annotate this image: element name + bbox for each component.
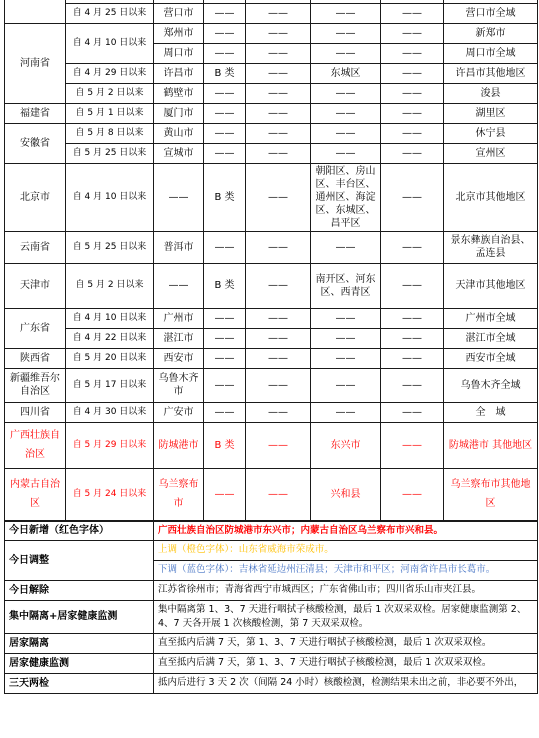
- risk-table-cell: 北京市其他地区: [444, 163, 538, 231]
- risk-table-cell: 自 5 月 2 日以来: [66, 263, 154, 308]
- risk-table-cell: 许昌市: [154, 63, 204, 83]
- info-cell: 集中隔离第 1、3、7 天进行咽拭子核酸检测，最后 1 次双采双检。居家健康监测…: [154, 600, 538, 633]
- risk-table-cell: ——: [381, 43, 444, 63]
- info-table-body: 今日新增（红色字体）广西壮族自治区防城港市东兴市；内蒙古自治区乌兰察布市兴和县。…: [5, 521, 538, 693]
- risk-table-cell: ——: [381, 368, 444, 402]
- risk-table-row: 北京市自 4 月 10 日以来——B 类——朝阳区、房山区、丰台区、通州区、海淀…: [5, 163, 538, 231]
- risk-table-cell: ——: [311, 402, 381, 422]
- risk-table-cell: ——: [246, 368, 311, 402]
- risk-table-row: 新疆维吾尔自治区自 5 月 17 日以来乌鲁木齐市————————乌鲁木齐全域: [5, 368, 538, 402]
- risk-table-cell: ——: [154, 163, 204, 231]
- risk-table-cell: ——: [246, 143, 311, 163]
- risk-table-cell: ——: [311, 231, 381, 263]
- risk-table-cell: 防城港市: [154, 422, 204, 468]
- risk-table-cell: ——: [246, 308, 311, 328]
- risk-table-cell: 广州市: [154, 308, 204, 328]
- risk-table-row: 内蒙古自治区自 5 月 24 日以来乌兰察布市————兴和县——乌兰察布市其他地…: [5, 468, 538, 520]
- risk-table-cell: B 类: [204, 422, 246, 468]
- risk-table-row: 陕西省自 5 月 20 日以来西安市————————西安市全域: [5, 348, 538, 368]
- risk-table-cell: 自 4 月 10 日以来: [66, 163, 154, 231]
- risk-table-cell: ——: [204, 308, 246, 328]
- risk-table-cell: ——: [246, 328, 311, 348]
- risk-table-cell: ——: [381, 63, 444, 83]
- risk-table-cell: ——: [381, 103, 444, 123]
- risk-table-cell: ——: [246, 163, 311, 231]
- risk-table-cell: 安徽省: [5, 123, 66, 163]
- risk-table-cell: 防城港市 其他地区: [444, 422, 538, 468]
- risk-table-cell: ——: [311, 308, 381, 328]
- risk-table-cell: 新郑市: [444, 23, 538, 43]
- risk-table-cell: 西安市: [154, 348, 204, 368]
- risk-table-cell: ——: [246, 103, 311, 123]
- risk-table-cell: ——: [311, 143, 381, 163]
- risk-table-cell: B 类: [204, 263, 246, 308]
- risk-table-cell: 周口市全域: [444, 43, 538, 63]
- risk-table-row: 自 4 月 29 日以来许昌市B 类——东城区——许昌市其他地区: [5, 63, 538, 83]
- risk-table-cell: ——: [204, 43, 246, 63]
- risk-table-cell: 南开区、河东区、西青区: [311, 263, 381, 308]
- risk-table-cell: ——: [381, 422, 444, 468]
- risk-table-row: 自 5 月 25 日以来宣城市————————宣州区: [5, 143, 538, 163]
- risk-table-cell: ——: [311, 368, 381, 402]
- risk-table-cell: 自 4 月 25 日以来: [66, 3, 154, 23]
- risk-table-cell: ——: [381, 263, 444, 308]
- info-cell: 上调（橙色字体）：山东省威海市荣成市。: [154, 540, 538, 560]
- info-cell: 居家健康监测: [5, 653, 154, 673]
- info-cell: 广西壮族自治区防城港市东兴市；内蒙古自治区乌兰察布市兴和县。: [154, 521, 538, 540]
- risk-table-cell: 东城区: [311, 63, 381, 83]
- info-cell: 直至抵内后满 7 天，第 1、3、7 天进行咽拭子核酸检测，最后 1 次双采双检…: [154, 633, 538, 653]
- risk-table-cell: 云南省: [5, 231, 66, 263]
- risk-table-cell: ——: [204, 231, 246, 263]
- risk-table-cell: ——: [246, 402, 311, 422]
- risk-table-row: 自 4 月 22 日以来湛江市————————湛江市全域: [5, 328, 538, 348]
- risk-table-cell: ——: [311, 23, 381, 43]
- risk-table-cell: ——: [204, 103, 246, 123]
- risk-table-cell: 宣州区: [444, 143, 538, 163]
- risk-table-cell: 自 4 月 29 日以来: [66, 63, 154, 83]
- risk-table-cell: 景东彝族自治县、孟连县: [444, 231, 538, 263]
- risk-table-cell: ——: [311, 328, 381, 348]
- risk-table-cell: 陕西省: [5, 348, 66, 368]
- risk-table-cell: 西安市全域: [444, 348, 538, 368]
- risk-table-cell: 乌兰察布市其他地区: [444, 468, 538, 520]
- risk-table-cell: 自 5 月 25 日以来: [66, 143, 154, 163]
- risk-table-cell: ——: [204, 348, 246, 368]
- risk-table-cell: 自 5 月 1 日以来: [66, 103, 154, 123]
- info-cell: 下调（蓝色字体）：吉林省延边州汪清县；天津市和平区；河南省许昌市长葛市。: [154, 560, 538, 580]
- risk-table-row: 云南省自 5 月 25 日以来普洱市————————景东彝族自治县、孟连县: [5, 231, 538, 263]
- info-row: 居家隔离直至抵内后满 7 天，第 1、3、7 天进行咽拭子核酸检测，最后 1 次…: [5, 633, 538, 653]
- risk-table-cell: 鹤壁市: [154, 83, 204, 103]
- info-row: 集中隔离+居家健康监测集中隔离第 1、3、7 天进行咽拭子核酸检测，最后 1 次…: [5, 600, 538, 633]
- risk-table-cell: B 类: [204, 63, 246, 83]
- info-row: 今日新增（红色字体）广西壮族自治区防城港市东兴市；内蒙古自治区乌兰察布市兴和县。: [5, 521, 538, 540]
- risk-table-cell: ——: [381, 328, 444, 348]
- risk-table-cell: 湖里区: [444, 103, 538, 123]
- risk-table-cell: 四川省: [5, 402, 66, 422]
- risk-table-row: 广东省自 4 月 10 日以来广州市————————广州市全域: [5, 308, 538, 328]
- risk-table-cell: 自 4 月 22 日以来: [66, 328, 154, 348]
- risk-table-cell: 湛江市全域: [444, 328, 538, 348]
- risk-table-cell: ——: [311, 3, 381, 23]
- risk-table-cell: ——: [246, 23, 311, 43]
- risk-table-cell: ——: [311, 123, 381, 143]
- risk-table-cell: 北京市: [5, 163, 66, 231]
- risk-table-row: 四川省自 4 月 30 日以来广安市————————全 域: [5, 402, 538, 422]
- risk-table-cell: 朝阳区、房山区、丰台区、通州区、海淀区、东城区、昌平区: [311, 163, 381, 231]
- info-cell: 今日新增（红色字体）: [5, 521, 154, 540]
- info-row: 三天两检抵内后进行 3 天 2 次（间隔 24 小时）核酸检测，检测结果未出之前…: [5, 673, 538, 693]
- risk-table-cell: 自 5 月 20 日以来: [66, 348, 154, 368]
- risk-table-cell: 福建省: [5, 103, 66, 123]
- info-cell: 今日解除: [5, 580, 154, 600]
- risk-table-cell: 东兴市: [311, 422, 381, 468]
- info-cell: 三天两检: [5, 673, 154, 693]
- risk-table-cell: 乌兰察布市: [154, 468, 204, 520]
- risk-table-cell: ——: [246, 263, 311, 308]
- risk-table-cell: ——: [246, 63, 311, 83]
- risk-table-cell: 兴和县: [311, 468, 381, 520]
- risk-table-cell: ——: [246, 348, 311, 368]
- document-page: 自 4 月 25 日以来营口市————————营口市全域河南省自 4 月 10 …: [0, 0, 539, 738]
- risk-table-cell: ——: [204, 123, 246, 143]
- risk-table-cell: ——: [381, 231, 444, 263]
- risk-table-cell: ——: [311, 43, 381, 63]
- risk-table-cell: 郑州市: [154, 23, 204, 43]
- info-cell: 直至抵内后满 7 天，第 1、3、7 天进行咽拭子核酸检测，最后 1 次双采双检…: [154, 653, 538, 673]
- risk-table-cell: ——: [246, 3, 311, 23]
- risk-table-cell: 自 5 月 2 日以来: [66, 83, 154, 103]
- risk-table-cell: 自 4 月 10 日以来: [66, 23, 154, 63]
- risk-table-cell: 广州市全域: [444, 308, 538, 328]
- risk-table-cell: 乌鲁木齐全域: [444, 368, 538, 402]
- risk-table-cell: ——: [246, 83, 311, 103]
- risk-table-cell: ——: [381, 348, 444, 368]
- risk-table-cell: 普洱市: [154, 231, 204, 263]
- risk-table-cell: ——: [311, 83, 381, 103]
- info-cell: 居家隔离: [5, 633, 154, 653]
- info-row: 居家健康监测直至抵内后满 7 天，第 1、3、7 天进行咽拭子核酸检测，最后 1…: [5, 653, 538, 673]
- risk-table-cell: 新疆维吾尔自治区: [5, 368, 66, 402]
- risk-table-cell: ——: [204, 402, 246, 422]
- risk-table-cell: ——: [381, 143, 444, 163]
- risk-table-cell: ——: [381, 308, 444, 328]
- risk-table-cell: ——: [204, 368, 246, 402]
- risk-table-cell: 自 5 月 8 日以来: [66, 123, 154, 143]
- info-cell: 江苏省徐州市；青海省西宁市城西区；广东省佛山市；四川省乐山市夹江县。: [154, 580, 538, 600]
- risk-table-cell: ——: [381, 23, 444, 43]
- risk-table-cell: ——: [204, 23, 246, 43]
- risk-table-cell: 厦门市: [154, 103, 204, 123]
- risk-table-cell: [5, 0, 66, 23]
- risk-table-cell: 广安市: [154, 402, 204, 422]
- risk-table-cell: ——: [154, 263, 204, 308]
- risk-table-cell: ——: [381, 402, 444, 422]
- risk-table-cell: ——: [204, 3, 246, 23]
- risk-table-cell: ——: [204, 468, 246, 520]
- risk-table-cell: 自 5 月 25 日以来: [66, 231, 154, 263]
- risk-table-cell: ——: [204, 143, 246, 163]
- risk-table-cell: 自 4 月 10 日以来: [66, 308, 154, 328]
- risk-table-cell: ——: [246, 43, 311, 63]
- risk-table-cell: 浚县: [444, 83, 538, 103]
- risk-table-cell: 营口市: [154, 3, 204, 23]
- risk-table-cell: 宣城市: [154, 143, 204, 163]
- risk-table-row: 天津市自 5 月 2 日以来——B 类——南开区、河东区、西青区——天津市其他地…: [5, 263, 538, 308]
- legend-info-table: 今日新增（红色字体）广西壮族自治区防城港市东兴市；内蒙古自治区乌兰察布市兴和县。…: [4, 521, 538, 694]
- risk-area-table: 自 4 月 25 日以来营口市————————营口市全域河南省自 4 月 10 …: [4, 0, 538, 521]
- risk-table-row: 自 4 月 25 日以来营口市————————营口市全域: [5, 3, 538, 23]
- risk-table-cell: ——: [381, 123, 444, 143]
- risk-table-cell: 广东省: [5, 308, 66, 348]
- risk-table-body: 自 4 月 25 日以来营口市————————营口市全域河南省自 4 月 10 …: [5, 0, 538, 520]
- risk-table-cell: ——: [246, 231, 311, 263]
- risk-table-cell: 自 4 月 30 日以来: [66, 402, 154, 422]
- risk-table-cell: 周口市: [154, 43, 204, 63]
- info-row: 今日调整上调（橙色字体）：山东省威海市荣成市。: [5, 540, 538, 560]
- info-cell: 抵内后进行 3 天 2 次（间隔 24 小时）核酸检测，检测结果未出之前，非必要…: [154, 673, 538, 693]
- info-cell: 今日调整: [5, 540, 154, 580]
- risk-table-cell: ——: [311, 348, 381, 368]
- risk-table-cell: 河南省: [5, 23, 66, 103]
- risk-table-cell: ——: [246, 422, 311, 468]
- risk-table-cell: 全 域: [444, 402, 538, 422]
- risk-table-cell: 自 5 月 24 日以来: [66, 468, 154, 520]
- risk-table-cell: ——: [246, 468, 311, 520]
- risk-table-cell: 内蒙古自治区: [5, 468, 66, 520]
- risk-table-cell: 广西壮族自治区: [5, 422, 66, 468]
- risk-table-cell: ——: [311, 103, 381, 123]
- risk-table-cell: ——: [204, 328, 246, 348]
- risk-table-cell: 乌鲁木齐市: [154, 368, 204, 402]
- info-row: 今日解除江苏省徐州市；青海省西宁市城西区；广东省佛山市；四川省乐山市夹江县。: [5, 580, 538, 600]
- risk-table-cell: 自 5 月 29 日以来: [66, 422, 154, 468]
- risk-table-cell: 营口市全域: [444, 3, 538, 23]
- risk-table-row: 安徽省自 5 月 8 日以来黄山市————————休宁县: [5, 123, 538, 143]
- risk-table-cell: 自 5 月 17 日以来: [66, 368, 154, 402]
- risk-table-cell: B 类: [204, 163, 246, 231]
- risk-table-cell: 天津市: [5, 263, 66, 308]
- risk-table-cell: 湛江市: [154, 328, 204, 348]
- risk-table-cell: 许昌市其他地区: [444, 63, 538, 83]
- risk-table-row: 自 5 月 2 日以来鹤壁市————————浚县: [5, 83, 538, 103]
- risk-table-cell: ——: [381, 3, 444, 23]
- risk-table-cell: ——: [381, 163, 444, 231]
- risk-table-cell: 黄山市: [154, 123, 204, 143]
- risk-table-cell: ——: [381, 468, 444, 520]
- risk-table-cell: 休宁县: [444, 123, 538, 143]
- risk-table-row: 河南省自 4 月 10 日以来郑州市————————新郑市: [5, 23, 538, 43]
- risk-table-cell: ——: [381, 83, 444, 103]
- risk-table-cell: ——: [246, 123, 311, 143]
- risk-table-row: 广西壮族自治区自 5 月 29 日以来防城港市B 类——东兴市——防城港市 其他…: [5, 422, 538, 468]
- risk-table-cell: 天津市其他地区: [444, 263, 538, 308]
- info-cell: 集中隔离+居家健康监测: [5, 600, 154, 633]
- risk-table-cell: ——: [204, 83, 246, 103]
- risk-table-row: 福建省自 5 月 1 日以来厦门市————————湖里区: [5, 103, 538, 123]
